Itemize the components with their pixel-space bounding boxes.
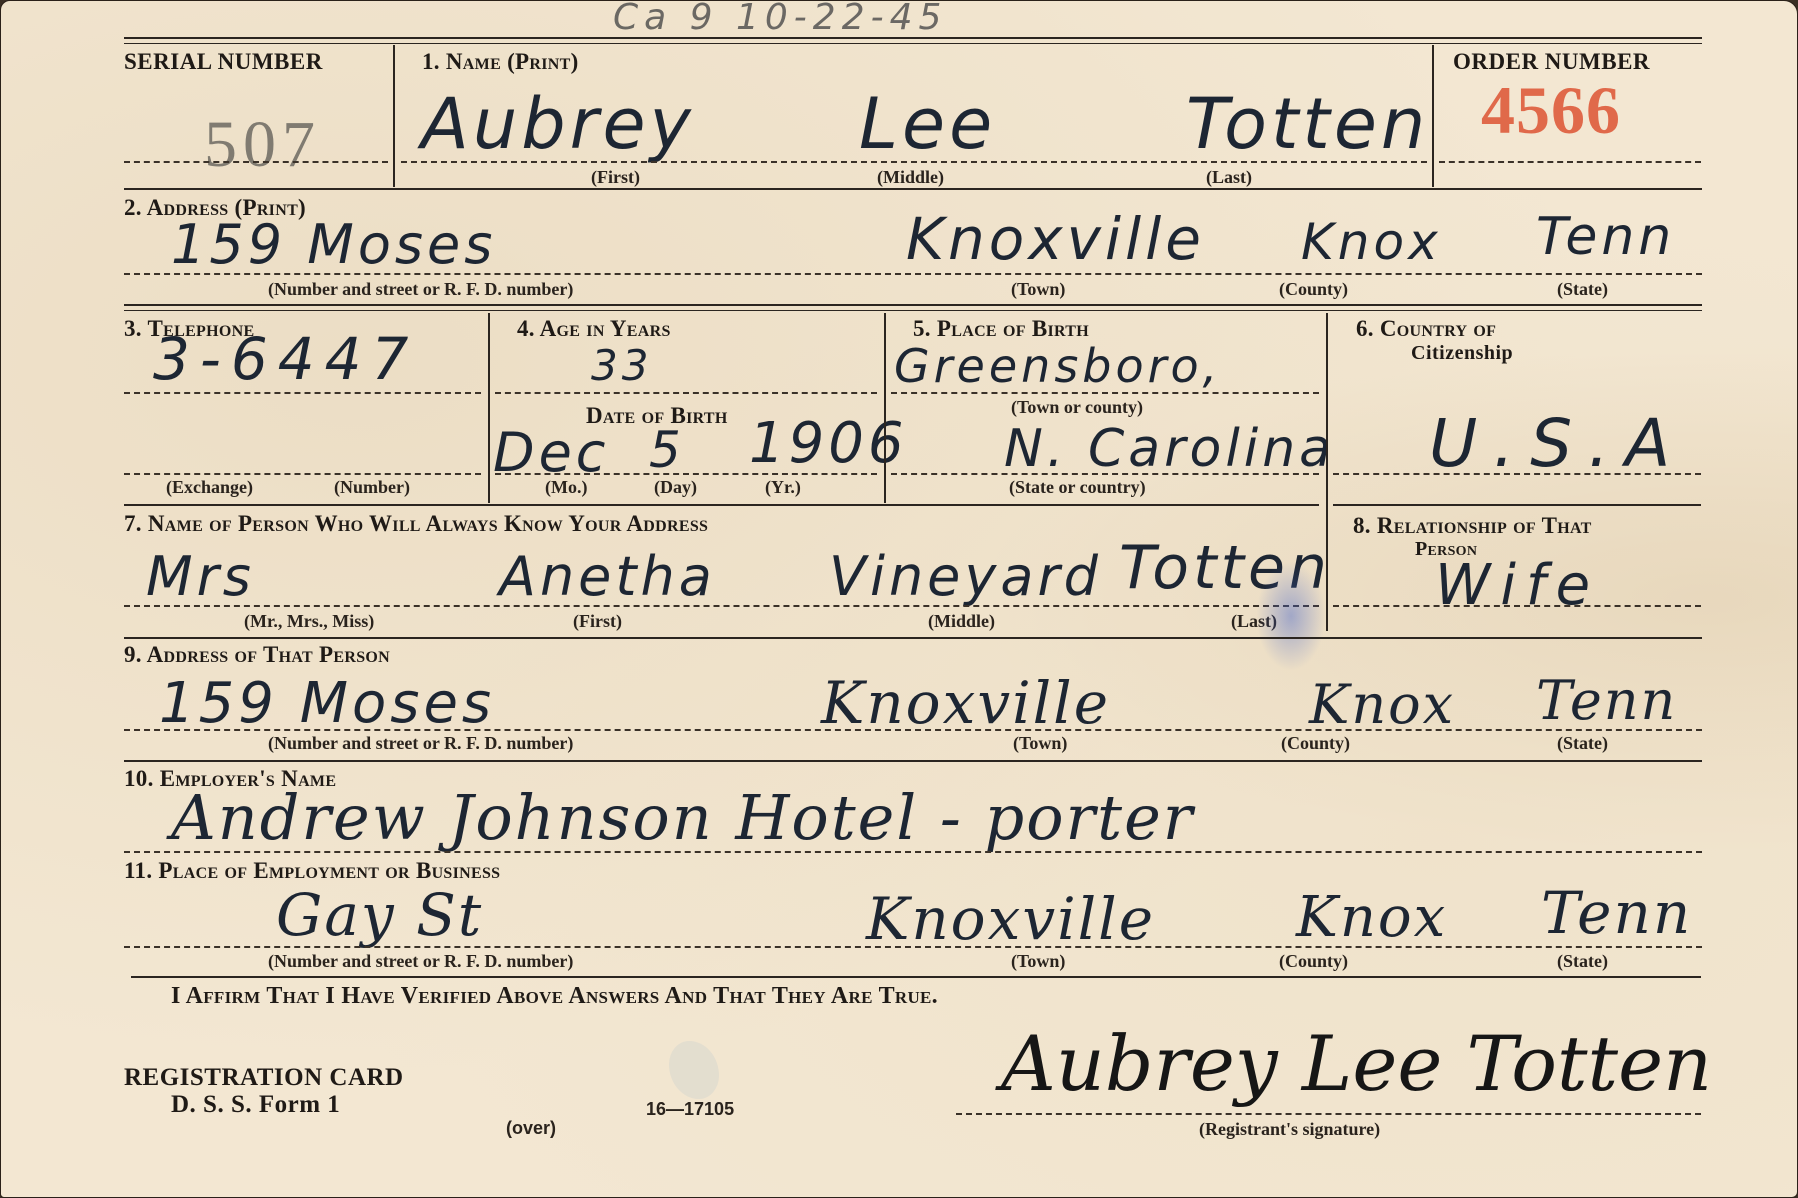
citizenship-value: U.S.A (1429, 405, 1686, 482)
employment-state: Tenn (1541, 879, 1692, 947)
registrant-signature: Aubrey Lee Totten (1001, 1019, 1712, 1108)
address-sub-town: (Town) (1011, 279, 1065, 300)
footer-form: D. S. S. Form 1 (171, 1091, 340, 1119)
contact-middle: Vineyard (829, 545, 1102, 608)
address-sub-street: (Number and street or R. F. D. number) (268, 279, 573, 300)
registration-card: Ca 9 10-22-45 SERIAL NUMBER 507 1. Name … (0, 0, 1798, 1198)
dob-sub-mo: (Mo.) (545, 477, 587, 498)
footer-title: REGISTRATION CARD (124, 1064, 404, 1092)
relationship-line (1333, 605, 1701, 607)
telephone-line-2 (124, 473, 481, 475)
divider-name-order (1432, 45, 1434, 187)
blue-ink-stamp (1256, 561, 1326, 671)
name-middle: Lee (859, 83, 996, 165)
divider-serial-name (393, 45, 395, 187)
footer-code: 16—17105 (646, 1099, 734, 1120)
contact-address-sub-state: (State) (1557, 733, 1608, 754)
place-of-birth-sub-town: (Town or county) (1011, 397, 1143, 418)
row3-bottom-rule-right (1333, 504, 1701, 506)
contact-address-street: 159 Moses (159, 671, 495, 736)
telephone-line-1 (124, 392, 481, 394)
address-town: Knoxville (906, 205, 1205, 273)
relationship-value: Wife (1435, 553, 1600, 618)
age-line (495, 392, 877, 394)
address-state: Tenn (1536, 207, 1675, 267)
order-number-value: 4566 (1481, 71, 1621, 150)
address-sub-state: (State) (1557, 279, 1608, 300)
place-of-birth-line-2 (891, 473, 1319, 475)
dob-line (495, 473, 877, 475)
contact-address-town: Knoxville (821, 669, 1110, 737)
name-sub-middle: (Middle) (877, 167, 944, 188)
contact-sub-title: (Mr., Mrs., Miss) (244, 611, 374, 632)
top-rule-2 (124, 43, 1702, 44)
top-rule (124, 37, 1702, 39)
contact-address-line (124, 729, 1702, 731)
contact-sub-first: (First) (573, 611, 622, 632)
citizenship-label-line2: Citizenship (1411, 342, 1513, 365)
row2-bottom-rule (124, 304, 1702, 306)
address-line (124, 273, 1702, 275)
order-number-line (1439, 161, 1701, 163)
place-of-birth-state: N. Carolina (1004, 419, 1335, 479)
employment-sub-street: (Number and street or R. F. D. number) (268, 951, 573, 972)
address-sub-county: (County) (1279, 279, 1348, 300)
serial-number-line (124, 161, 388, 163)
row11-bottom-rule (131, 976, 1701, 978)
age-value: 33 (591, 341, 652, 390)
serial-number-label: SERIAL NUMBER (124, 49, 323, 75)
telephone-sub-exchange: (Exchange) (166, 477, 253, 498)
employment-sub-county: (County) (1279, 951, 1348, 972)
serial-number-value: 507 (204, 107, 321, 183)
employer-line (124, 851, 1702, 853)
contact-address-sub-street: (Number and street or R. F. D. number) (268, 733, 573, 754)
dob-sub-yr: (Yr.) (765, 477, 801, 498)
place-of-birth-sub-state: (State or country) (1009, 477, 1146, 498)
row7-bottom-rule (124, 637, 1702, 639)
signature-line (956, 1113, 1701, 1115)
divider-age-place (884, 313, 886, 503)
name-line (401, 161, 1427, 163)
divider-tel-age (488, 313, 490, 503)
contact-person-label: 7. Name of Person Who Will Always Know Y… (124, 511, 708, 537)
contact-sub-middle: (Middle) (928, 611, 995, 632)
contact-line (124, 605, 1319, 607)
contact-first: Anetha (499, 545, 716, 608)
employer-value: Andrew Johnson Hotel - porter (171, 781, 1194, 854)
citizenship-line (1333, 473, 1701, 475)
footer-over: (over) (506, 1118, 556, 1139)
employment-street: Gay St (276, 881, 483, 949)
name-sub-first: (First) (591, 167, 640, 188)
employment-sub-town: (Town) (1011, 951, 1065, 972)
contact-address-sub-county: (County) (1281, 733, 1350, 754)
address-county: Knox (1301, 213, 1442, 271)
place-of-birth-line-1 (891, 392, 1319, 394)
contact-title: Mrs (146, 545, 255, 608)
row1-bottom-rule (124, 188, 1702, 190)
row2-bottom-rule-2 (124, 310, 1702, 311)
name-label: 1. Name (Print) (422, 49, 579, 75)
contact-address-label: 9. Address of That Person (124, 642, 390, 668)
dob-day: 5 (649, 421, 685, 479)
row9-bottom-rule (124, 760, 1702, 762)
place-of-birth-town: Greensboro, (894, 339, 1221, 393)
name-first: Aubrey (421, 83, 695, 165)
employment-county: Knox (1296, 885, 1447, 950)
contact-address-state: Tenn (1536, 669, 1677, 732)
watermark-mark (669, 1041, 719, 1099)
employment-sub-state: (State) (1557, 951, 1608, 972)
name-last: Totten (1186, 83, 1429, 165)
address-street: 159 Moses (171, 213, 496, 276)
citizenship-label-line1: 6. Country of (1356, 316, 1496, 342)
contact-address-sub-town: (Town) (1013, 733, 1067, 754)
age-label: 4. Age in Years (517, 316, 671, 342)
signature-sub: (Registrant's signature) (1199, 1119, 1380, 1140)
telephone-sub-number: (Number) (334, 477, 410, 498)
telephone-value: 3-6447 (153, 325, 418, 393)
employment-town: Knoxville (866, 885, 1155, 953)
relationship-label-line1: 8. Relationship of That (1353, 513, 1592, 539)
row3-bottom-rule-left (124, 504, 1319, 506)
affirmation-text: I Affirm That I Have Verified Above Answ… (171, 983, 938, 1010)
name-sub-last: (Last) (1206, 167, 1252, 188)
dob-sub-day: (Day) (654, 477, 697, 498)
employment-line (124, 946, 1702, 948)
contact-address-county: Knox (1309, 673, 1455, 736)
top-annotation: Ca 9 10-22-45 (613, 0, 947, 38)
